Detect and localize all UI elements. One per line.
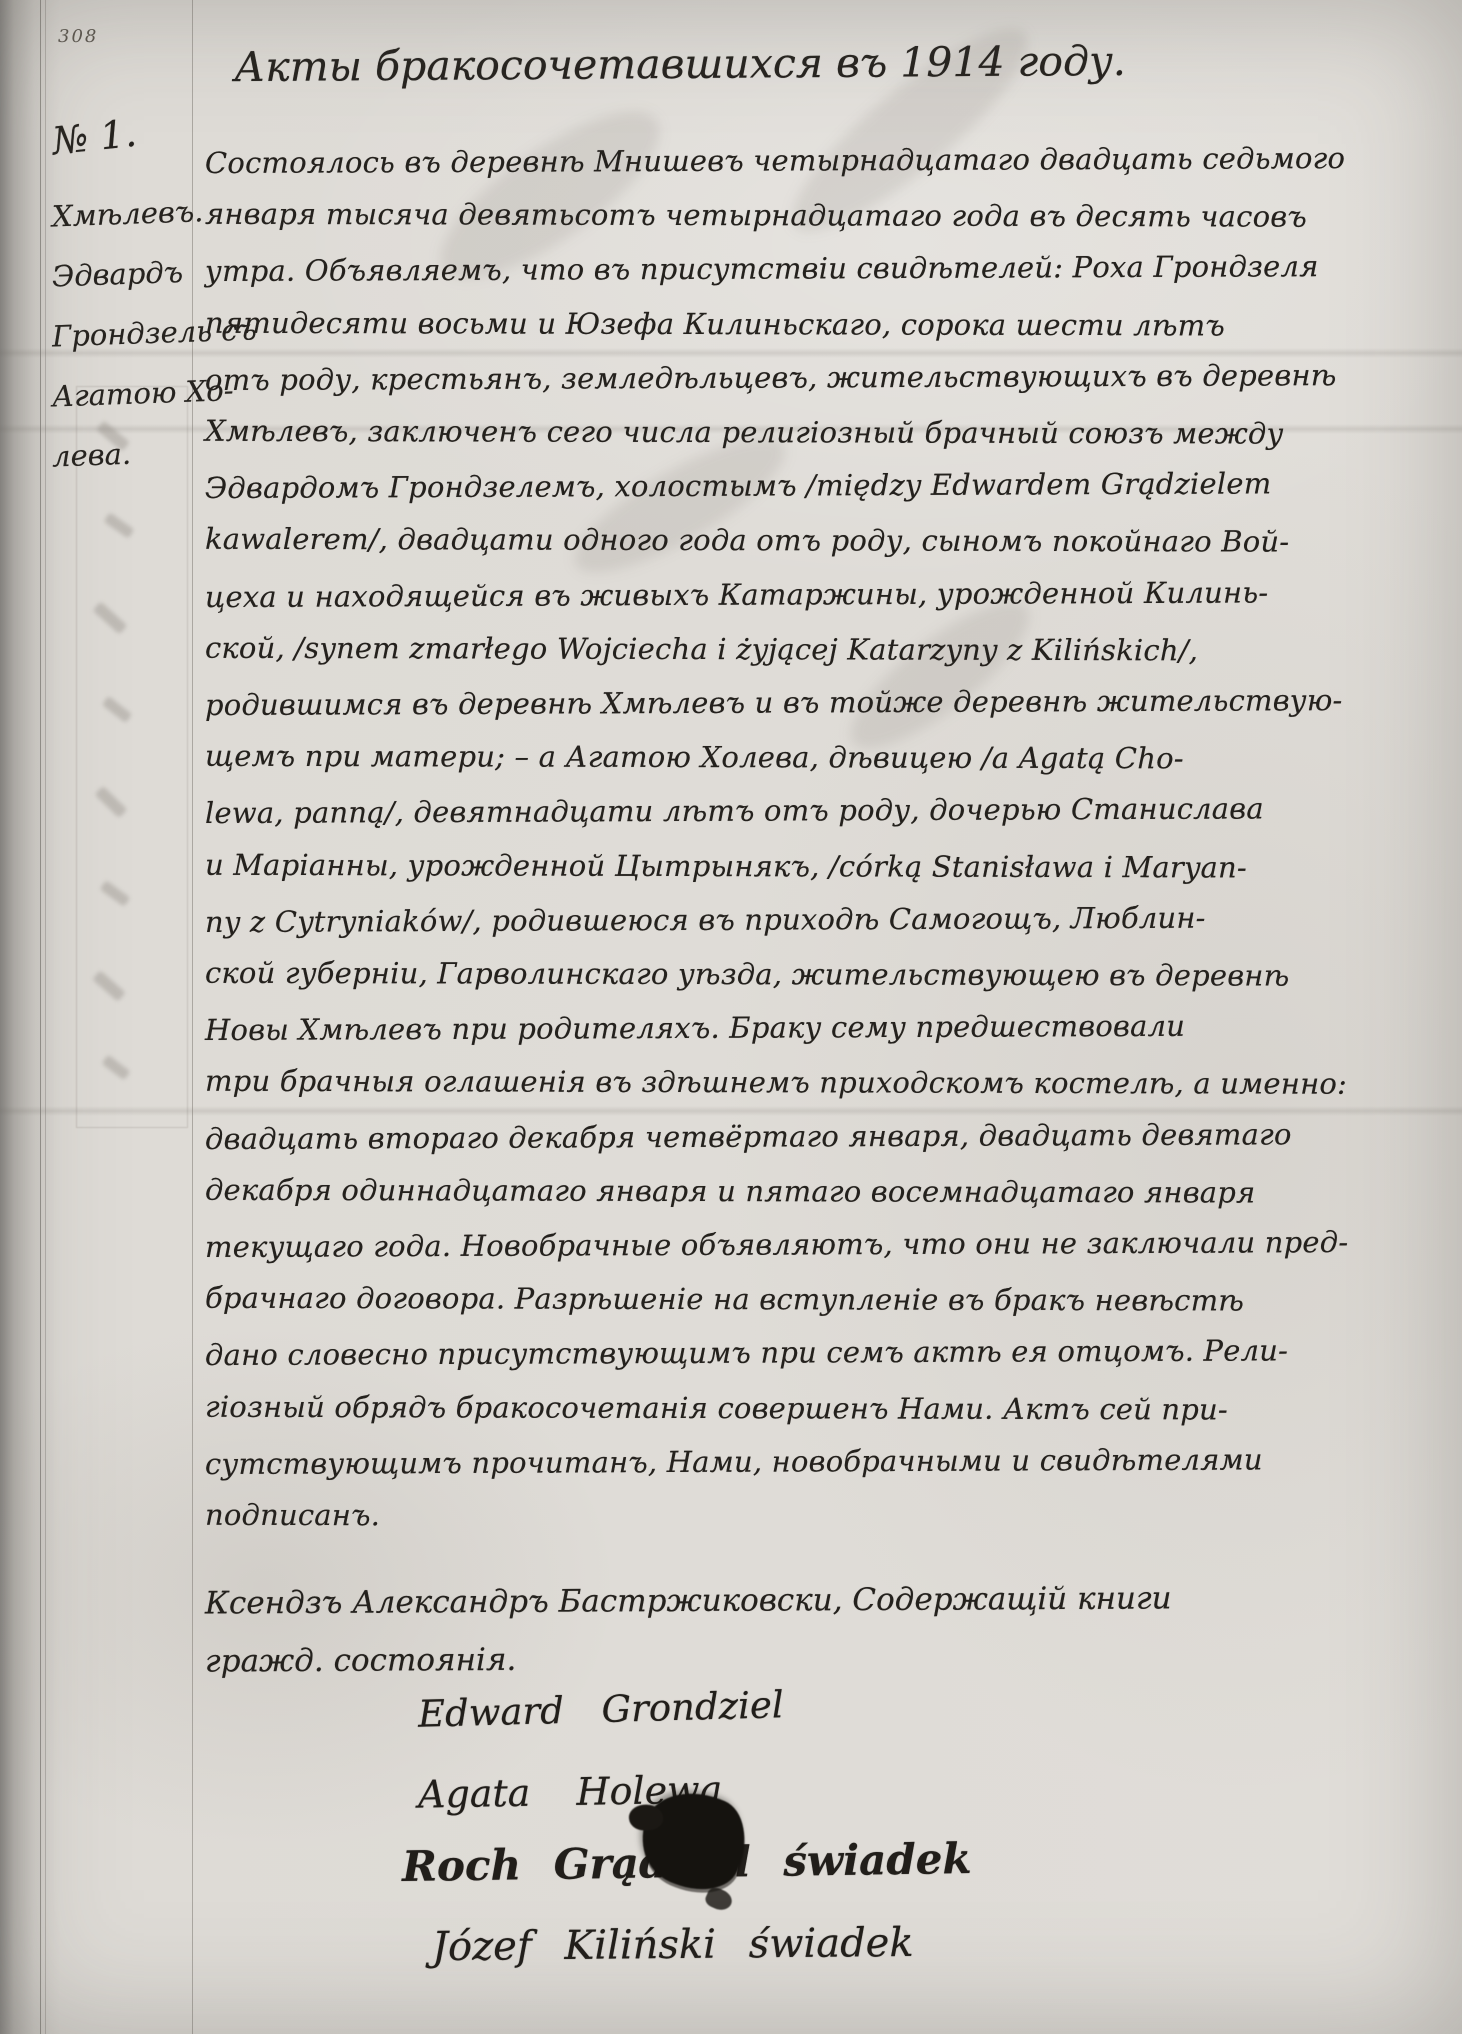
margin-line: лева. — [51, 422, 195, 487]
record-line: Хмѣлевъ, заключенъ сего числа религіозны… — [205, 404, 1145, 461]
record-line: цеха и находящейся въ живыхъ Катаржины, … — [205, 566, 1145, 624]
officiant-line: гражд. состоянія. — [205, 1627, 1165, 1690]
record-line: ской, /synem zmarłego Wojciecha i żyjące… — [205, 621, 1145, 678]
record-line: kawalerem/, двадцати одного года отъ род… — [205, 512, 1145, 569]
margin-line: Эдвардъ — [51, 242, 195, 307]
record-line: и Маріанны, урожденной Цытрынякъ, /córką… — [205, 837, 1145, 894]
record-line: Новы Хмѣлевъ при родителяхъ. Браку сему … — [205, 999, 1145, 1057]
officiant-line: Ксендзъ Александръ Бастржиковски, Содерж… — [205, 1569, 1165, 1632]
record-line: родившимся въ деревнѣ Хмѣлевъ и въ тойже… — [205, 674, 1145, 732]
signature-witness-2: Józef Kiliński świadek — [432, 1920, 914, 1970]
record-line: ской губерніи, Гарволинскаго уѣзда, жите… — [205, 946, 1145, 1003]
record-line: гіозный обрядъ бракосочетанія совершенъ … — [205, 1379, 1145, 1436]
register-page-scan: 308 Акты бракосочетавшихся въ 1914 году.… — [0, 0, 1462, 2034]
record-line: двадцать втораго декабря четвёртаго янва… — [205, 1108, 1145, 1166]
record-line: сутствующимъ прочитанъ, Нами, новобрачны… — [205, 1433, 1145, 1491]
record-line: декабря одиннадцатаго января и пятаго во… — [205, 1163, 1145, 1220]
margin-line: Грондзель съ — [51, 302, 195, 367]
margin-line: Агатою Хо- — [51, 362, 195, 427]
officiant-note: Ксендзъ Александръ Бастржиковски, Содерж… — [205, 1572, 1165, 1688]
record-line: ny z Cytryniaków/, родившеюся въ приходѣ… — [205, 891, 1145, 949]
record-line: брачнаго договора. Разрѣшеніе на вступле… — [205, 1271, 1145, 1328]
record-line: lewa, panną/, девятнадцати лѣтъ отъ роду… — [205, 782, 1145, 840]
binding-rule-line — [40, 0, 41, 2034]
signature-groom: Edward Grondziel — [417, 1683, 784, 1736]
page-number: 308 — [58, 26, 98, 47]
margin-line: Хмѣлевъ. — [51, 182, 195, 247]
page-title: Акты бракосочетавшихся въ 1914 году. — [200, 37, 1160, 92]
record-line: дано словесно присутствующимъ при семъ а… — [205, 1324, 1145, 1382]
record-line: Состоялось въ деревнѣ Мнишевъ четырнадца… — [205, 132, 1145, 190]
record-line: января тысяча девятьсотъ четырнадцатаго … — [205, 187, 1145, 244]
record-line: Эдвардомъ Грондзелемъ, холостымъ /między… — [205, 457, 1145, 515]
act-number: № 1. — [50, 105, 196, 164]
record-line: утра. Объявляемъ, что въ присутствіи сви… — [205, 240, 1145, 298]
record-line: пятидесяти восьми и Юзефа Килиньскаго, с… — [205, 295, 1145, 352]
act-body-text: Состоялось въ деревнѣ Мнишевъ четырнадца… — [205, 134, 1145, 1543]
record-line: щемъ при матери; – а Агатою Холева, дѣви… — [205, 729, 1145, 786]
record-line: три брачныя оглашенія въ здѣшнемъ приход… — [205, 1054, 1145, 1111]
binding-rule-line-2 — [45, 0, 46, 2034]
margin-annotation: № 1. Хмѣлевъ. Эдвардъ Грондзель съ Агато… — [52, 112, 194, 484]
record-line: текущаго года. Новобрачные объявляютъ, ч… — [205, 1216, 1145, 1274]
record-line: подписанъ. — [205, 1488, 1145, 1545]
record-line: отъ роду, крестьянъ, земледѣльцевъ, жите… — [205, 349, 1145, 407]
bleed-through-box — [76, 386, 188, 1128]
